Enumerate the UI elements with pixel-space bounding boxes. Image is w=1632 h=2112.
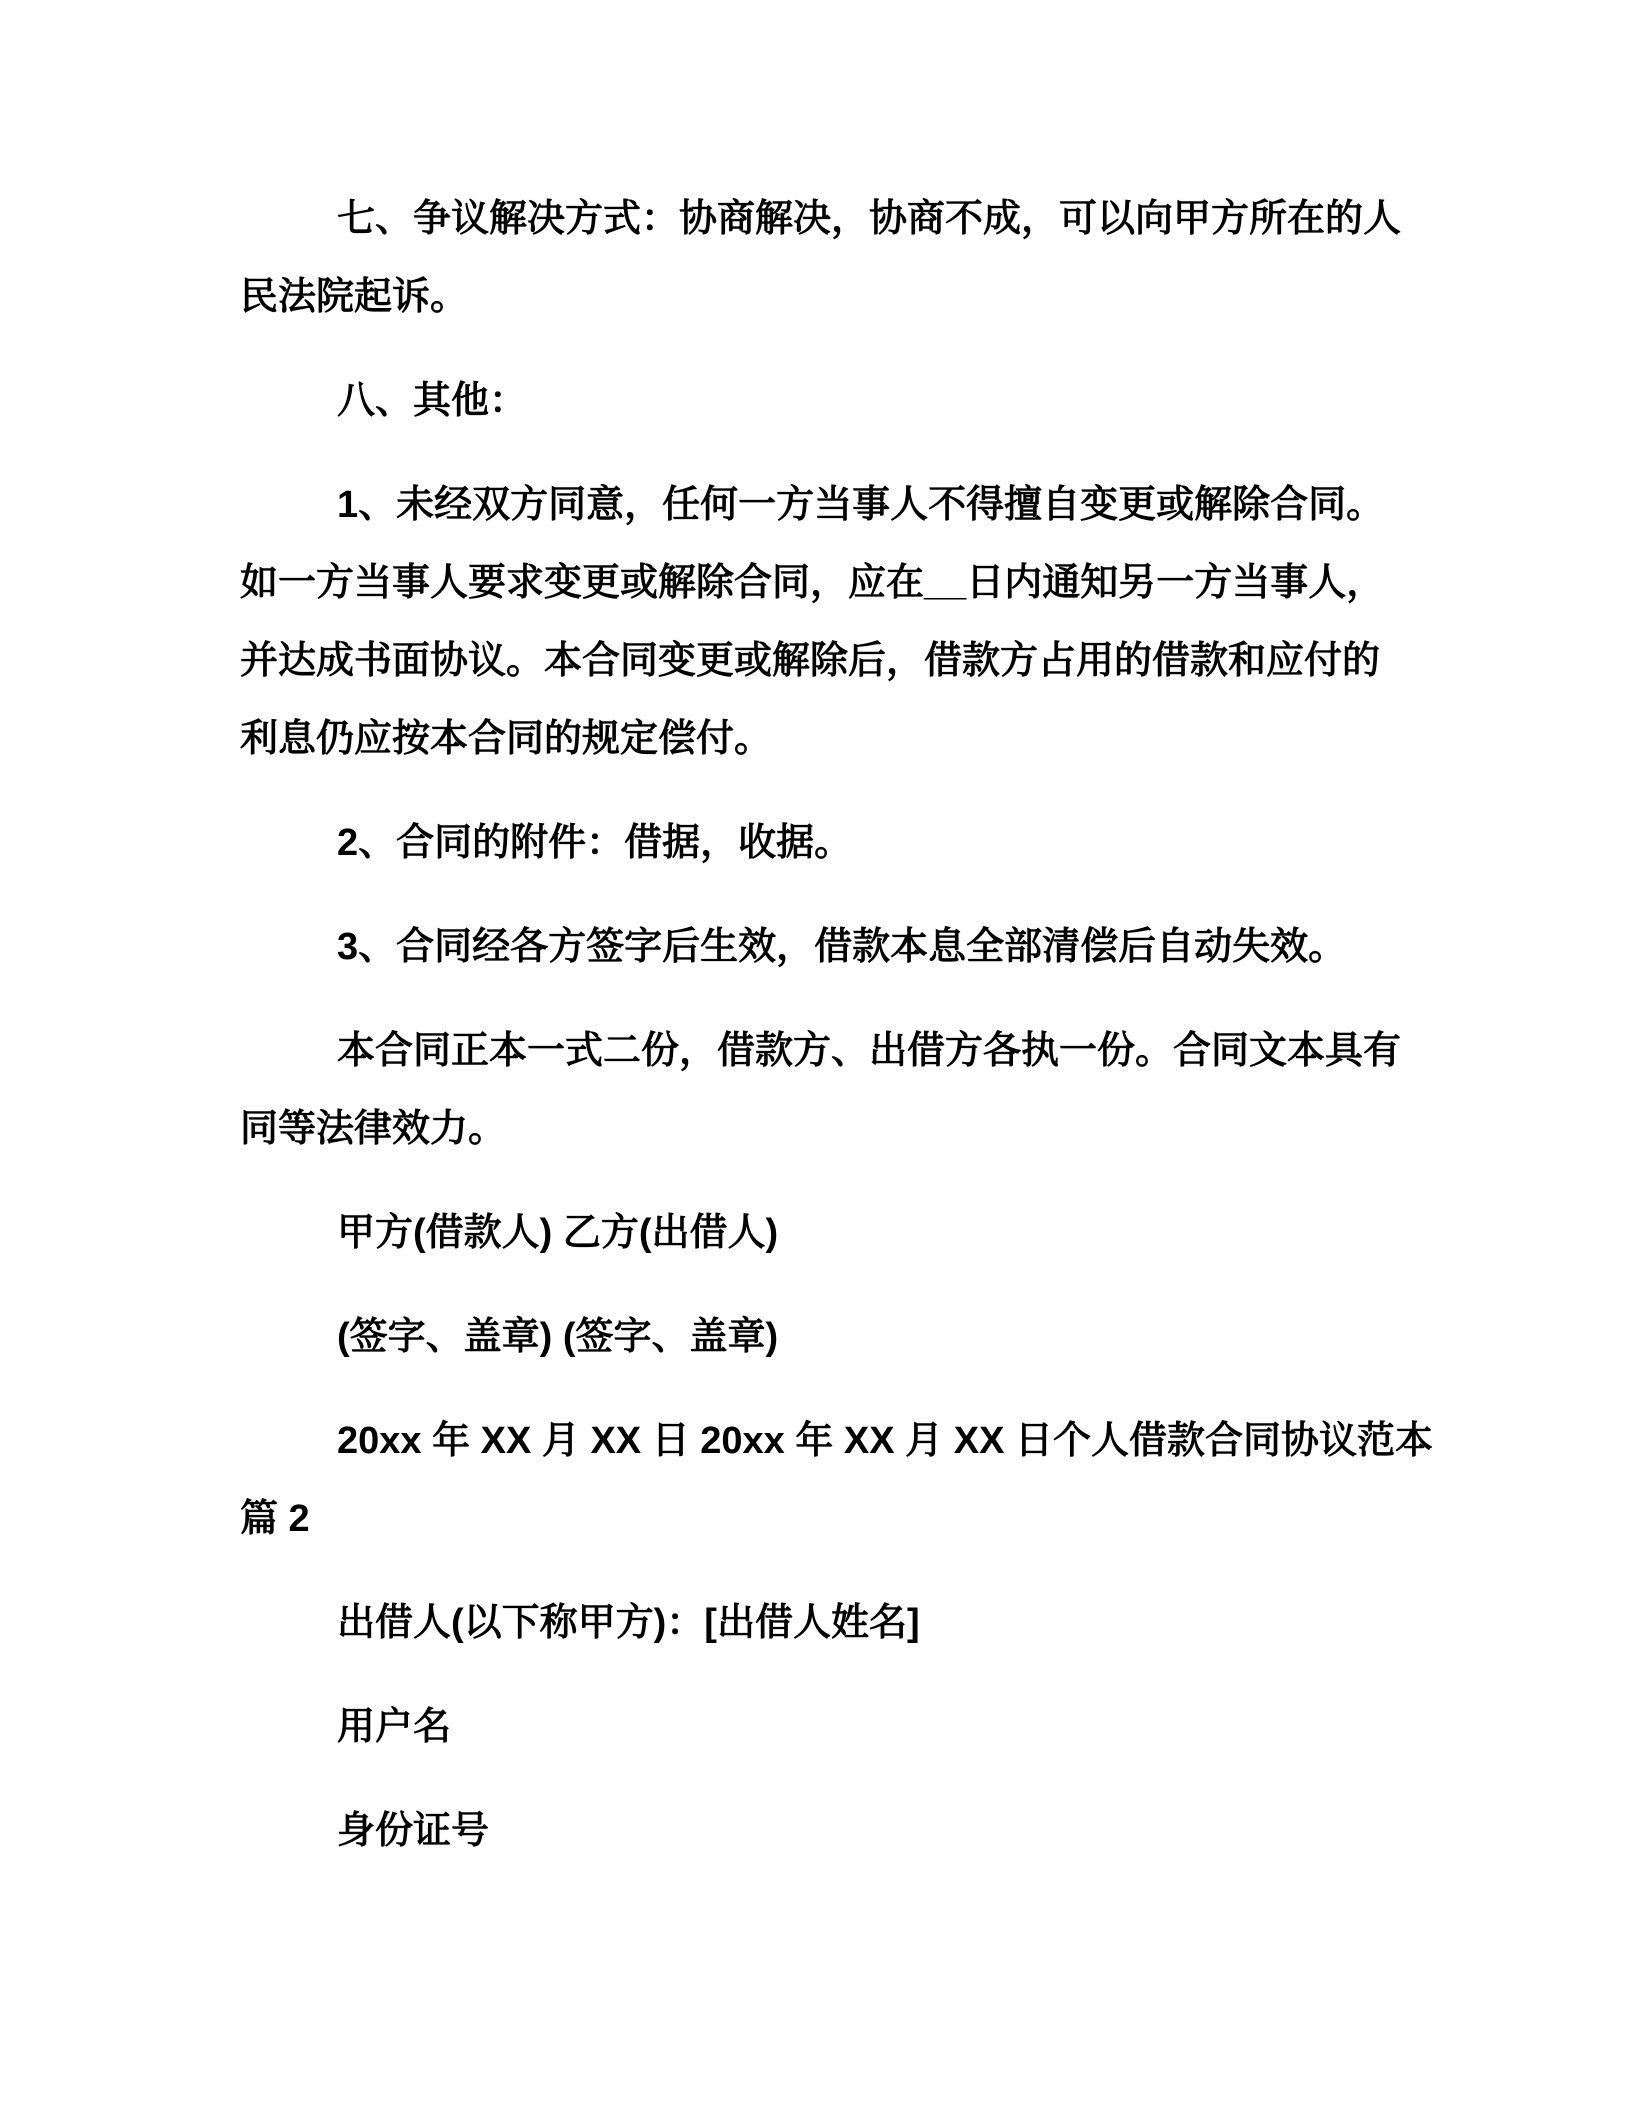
text-line: 2、合同的附件：借据，收据。 [240,804,1452,882]
paragraph-clause-2-attachments: 2、合同的附件：借据，收据。 [240,804,1452,882]
paragraph-username: 用户名 [240,1688,1452,1766]
text-line: 本合同正本一式二份，借款方、出借方各执一份。合同文本具有 [240,1012,1452,1090]
text-line: 1、未经双方同意，任何一方当事人不得擅自变更或解除合同。 [240,466,1452,544]
text-line: 3、合同经各方签字后生效，借款本息全部清偿后自动失效。 [240,908,1452,986]
text-line: 并达成书面协议。本合同变更或解除后，借款方占用的借款和应付的 [240,622,1452,700]
text-line: 如一方当事人要求变更或解除合同，应在__日内通知另一方当事人， [240,544,1452,622]
text-line: 民法院起诉。 [240,258,1452,336]
document-page: 七、争议解决方式：协商解决，协商不成，可以向甲方所在的人 民法院起诉。 八、其他… [0,0,1632,2112]
text-line: 篇 2 [240,1480,1452,1558]
text-line: 七、争议解决方式：协商解决，协商不成，可以向甲方所在的人 [240,180,1452,258]
text-line: (签字、盖章) (签字、盖章) [240,1298,1452,1376]
paragraph-party-labels: 甲方(借款人) 乙方(出借人) [240,1194,1452,1272]
text-line: 利息仍应按本合同的规定偿付。 [240,700,1452,778]
text-line: 出借人(以下称甲方)：[出借人姓名] [240,1584,1452,1662]
paragraph-copies-statement: 本合同正本一式二份，借款方、出借方各执一份。合同文本具有 同等法律效力。 [240,1012,1452,1168]
paragraph-others-heading: 八、其他： [240,362,1452,440]
text-line: 八、其他： [240,362,1452,440]
paragraph-clause-1-modification: 1、未经双方同意，任何一方当事人不得擅自变更或解除合同。 如一方当事人要求变更或… [240,466,1452,778]
paragraph-date-and-next-title: 20xx 年 XX 月 XX 日 20xx 年 XX 月 XX 日个人借款合同协… [240,1402,1452,1558]
text-line: 同等法律效力。 [240,1090,1452,1168]
text-line: 身份证号 [240,1792,1452,1870]
paragraph-clause-3-effectiveness: 3、合同经各方签字后生效，借款本息全部清偿后自动失效。 [240,908,1452,986]
text-line: 20xx 年 XX 月 XX 日 20xx 年 XX 月 XX 日个人借款合同协… [240,1402,1452,1480]
paragraph-signature-seal: (签字、盖章) (签字、盖章) [240,1298,1452,1376]
paragraph-lender: 出借人(以下称甲方)：[出借人姓名] [240,1584,1452,1662]
paragraph-id-number: 身份证号 [240,1792,1452,1870]
text-line: 甲方(借款人) 乙方(出借人) [240,1194,1452,1272]
paragraph-dispute-resolution: 七、争议解决方式：协商解决，协商不成，可以向甲方所在的人 民法院起诉。 [240,180,1452,336]
text-line: 用户名 [240,1688,1452,1766]
